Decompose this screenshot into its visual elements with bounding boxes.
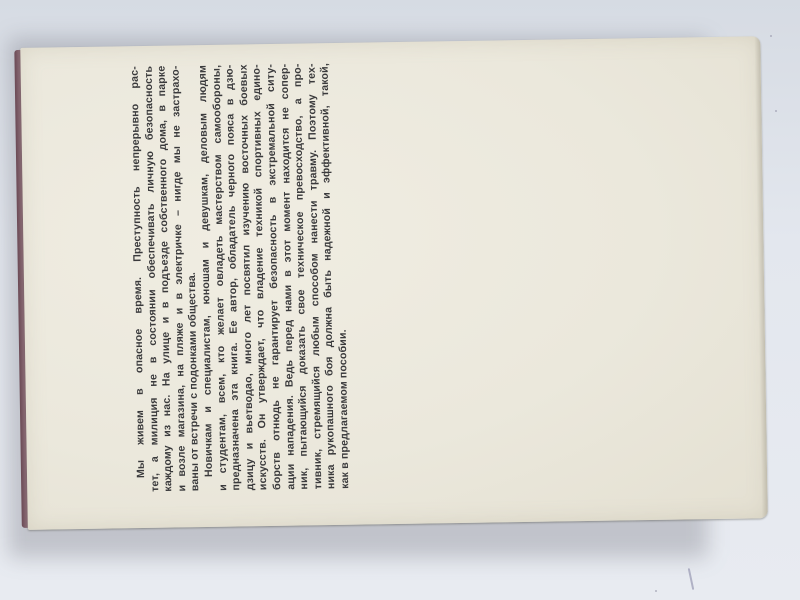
cover-text-block: Мы живем в опасное время. Преступность н… <box>129 63 353 506</box>
book-back-cover: Мы живем в опасное время. Преступность н… <box>20 36 767 530</box>
surface-scratch <box>688 568 695 590</box>
surface-speck <box>775 110 777 112</box>
paragraph-1: Мы живем в опасное время. Преступность н… <box>129 65 204 506</box>
page-edge <box>754 36 768 518</box>
surface-speck <box>655 590 657 592</box>
surface-speck <box>770 35 772 37</box>
paragraph-2: Новичкам и специалистам, юношам и девушк… <box>197 63 353 505</box>
book: Мы живем в опасное время. Преступность н… <box>18 10 778 552</box>
